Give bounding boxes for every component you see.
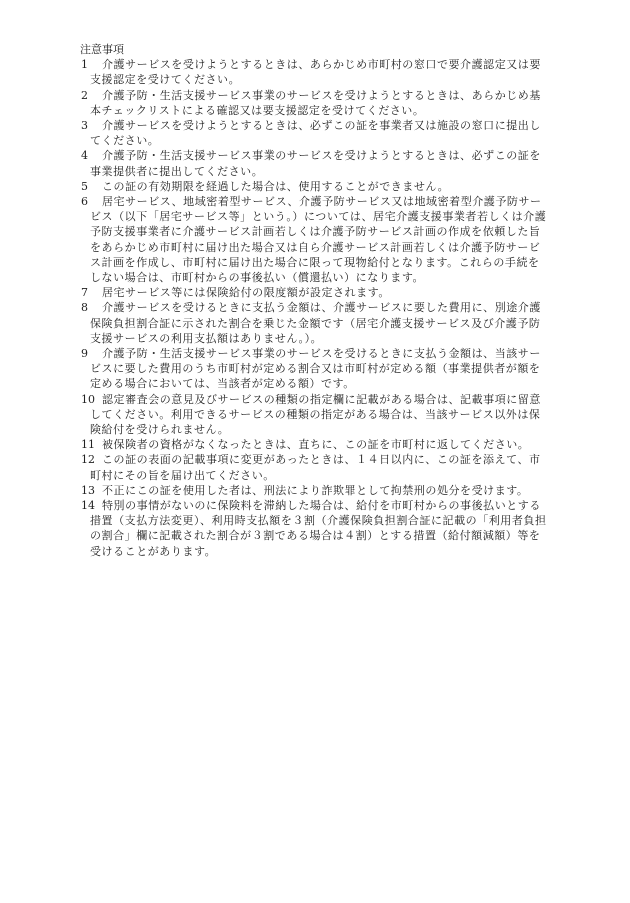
note-text-line: の割合」欄に記載された割合が３割である場合は４割）とする措置（給付額減額）等を	[80, 528, 550, 543]
note-item: 7居宅サービス等には保険給付の限度額が設定されます。	[80, 285, 550, 300]
note-number: 5	[81, 179, 99, 194]
note-text-line: 介護サービスを受けようとするときは、あらかじめ市町村の窓口で要介護認定又は要	[80, 57, 550, 72]
note-text-line: ス計画を作成し、市町村に届け出た場合に限って現物給付となります。これらの手続を	[80, 255, 550, 270]
note-text-line: 措置（支払方法変更）、利用時支払額を３割（介護保険負担割合証に記載の「利用者負担	[80, 513, 550, 528]
note-item: 11被保険者の資格がなくなったときは、直ちに、この証を市町村に返してください。	[80, 437, 550, 452]
note-number: 9	[81, 346, 99, 361]
note-item: 12この証の表面の記載事項に変更があったときは、１４日以内に、この証を添えて、市…	[80, 452, 550, 482]
note-text-line: をあらかじめ市町村に届け出た場合又は自ら介護サービス計画若しくは介護予防サービ	[80, 240, 550, 255]
note-number: 8	[81, 300, 99, 315]
note-item: 10認定審査会の意見及びサービスの種類の指定欄に記載がある場合は、記載事項に留意…	[80, 392, 550, 438]
note-text-line: 特別の事情がないのに保険料を滞納した場合は、給付を市町村からの事後払いとする	[80, 498, 550, 513]
notes-title: 注意事項	[80, 42, 550, 57]
note-text-line: してください。利用できるサービスの種類の指定がある場合は、当該サービス以外は保	[80, 407, 550, 422]
note-number: 4	[81, 148, 99, 163]
note-item: 13不正にこの証を使用した者は、刑法により詐欺罪として拘禁刑の処分を受けます。	[80, 483, 550, 498]
note-text-line: しない場合は、市町村からの事後払い（償還払い）になります。	[80, 270, 550, 285]
note-text-line: 予防支援事業者に介護サービス計画若しくは介護予防サービス計画の作成を依頼した旨	[80, 224, 550, 239]
note-text-line: 介護サービスを受けようとするときは、必ずこの証を事業者又は施設の窓口に提出し	[80, 118, 550, 133]
note-item: 8介護サービスを受けるときに支払う金額は、介護サービスに要した費用に、別途介護保…	[80, 300, 550, 346]
note-item: 1介護サービスを受けようとするときは、あらかじめ市町村の窓口で要介護認定又は要支…	[80, 57, 550, 87]
note-text-line: てください。	[80, 133, 550, 148]
note-item: 6居宅サービス、地域密着型サービス、介護予防サービス又は地域密着型介護予防サービ…	[80, 194, 550, 285]
note-number: 13	[81, 483, 99, 498]
note-text-line: 支援サービスの利用支払額はありません。）。	[80, 331, 550, 346]
note-number: 12	[81, 452, 99, 467]
note-text-line: 居宅サービス等には保険給付の限度額が設定されます。	[80, 285, 550, 300]
note-text-line: 居宅サービス、地域密着型サービス、介護予防サービス又は地域密着型介護予防サー	[80, 194, 550, 209]
note-item: 5この証の有効期限を経過した場合は、使用することができません。	[80, 179, 550, 194]
note-text-line: 町村にその旨を届け出てください。	[80, 468, 550, 483]
note-number: 1	[81, 57, 99, 72]
note-text-line: 事業提供者に提出してください。	[80, 164, 550, 179]
note-text-line: この証の有効期限を経過した場合は、使用することができません。	[80, 179, 550, 194]
note-text-line: ビスに要した費用のうち市町村が定める割合又は市町村が定める額（事業提供者が額を	[80, 361, 550, 376]
note-text-line: 介護予防・生活支援サービス事業のサービスを受けるときに支払う金額は、当該サー	[80, 346, 550, 361]
note-text-line: 不正にこの証を使用した者は、刑法により詐欺罪として拘禁刑の処分を受けます。	[80, 483, 550, 498]
note-number: 6	[81, 194, 99, 209]
note-text-line: 保険負担割合証に示された割合を乗じた金額です（居宅介護支援サービス及び介護予防	[80, 316, 550, 331]
note-item: 14特別の事情がないのに保険料を滞納した場合は、給付を市町村からの事後払いとする…	[80, 498, 550, 559]
note-item: 9介護予防・生活支援サービス事業のサービスを受けるときに支払う金額は、当該サービ…	[80, 346, 550, 392]
note-text-line: ビス（以下「居宅サービス等」という。）については、居宅介護支援事業者若しくは介護	[80, 209, 550, 224]
note-item: 4介護予防・生活支援サービス事業のサービスを受けようとするときは、必ずこの証を事…	[80, 148, 550, 178]
note-number: 14	[81, 498, 99, 513]
note-text-line: 介護予防・生活支援サービス事業のサービスを受けようとするときは、あらかじめ基	[80, 88, 550, 103]
note-text-line: 定める場合においては、当該者が定める額）です。	[80, 376, 550, 391]
note-text-line: 認定審査会の意見及びサービスの種類の指定欄に記載がある場合は、記載事項に留意	[80, 392, 550, 407]
note-text-line: 支援認定を受けてください。	[80, 72, 550, 87]
note-number: 2	[81, 88, 99, 103]
note-item: 2介護予防・生活支援サービス事業のサービスを受けようとするときは、あらかじめ基本…	[80, 88, 550, 118]
note-number: 3	[81, 118, 99, 133]
note-text-line: 介護予防・生活支援サービス事業のサービスを受けようとするときは、必ずこの証を	[80, 148, 550, 163]
note-item: 3介護サービスを受けようとするときは、必ずこの証を事業者又は施設の窓口に提出して…	[80, 118, 550, 148]
note-text-line: 本チェックリストによる確認又は要支援認定を受けてください。	[80, 103, 550, 118]
note-text-line: 受けることがあります。	[80, 544, 550, 559]
note-text-line: 険給付を受けられません。	[80, 422, 550, 437]
note-text-line: この証の表面の記載事項に変更があったときは、１４日以内に、この証を添えて、市	[80, 452, 550, 467]
notes-list: 1介護サービスを受けようとするときは、あらかじめ市町村の窓口で要介護認定又は要支…	[80, 57, 550, 559]
notes-page: 注意事項 1介護サービスを受けようとするときは、あらかじめ市町村の窓口で要介護認…	[80, 42, 550, 559]
note-number: 10	[81, 392, 99, 407]
note-number: 11	[81, 437, 99, 452]
note-text-line: 介護サービスを受けるときに支払う金額は、介護サービスに要した費用に、別途介護	[80, 300, 550, 315]
note-text-line: 被保険者の資格がなくなったときは、直ちに、この証を市町村に返してください。	[80, 437, 550, 452]
note-number: 7	[81, 285, 99, 300]
